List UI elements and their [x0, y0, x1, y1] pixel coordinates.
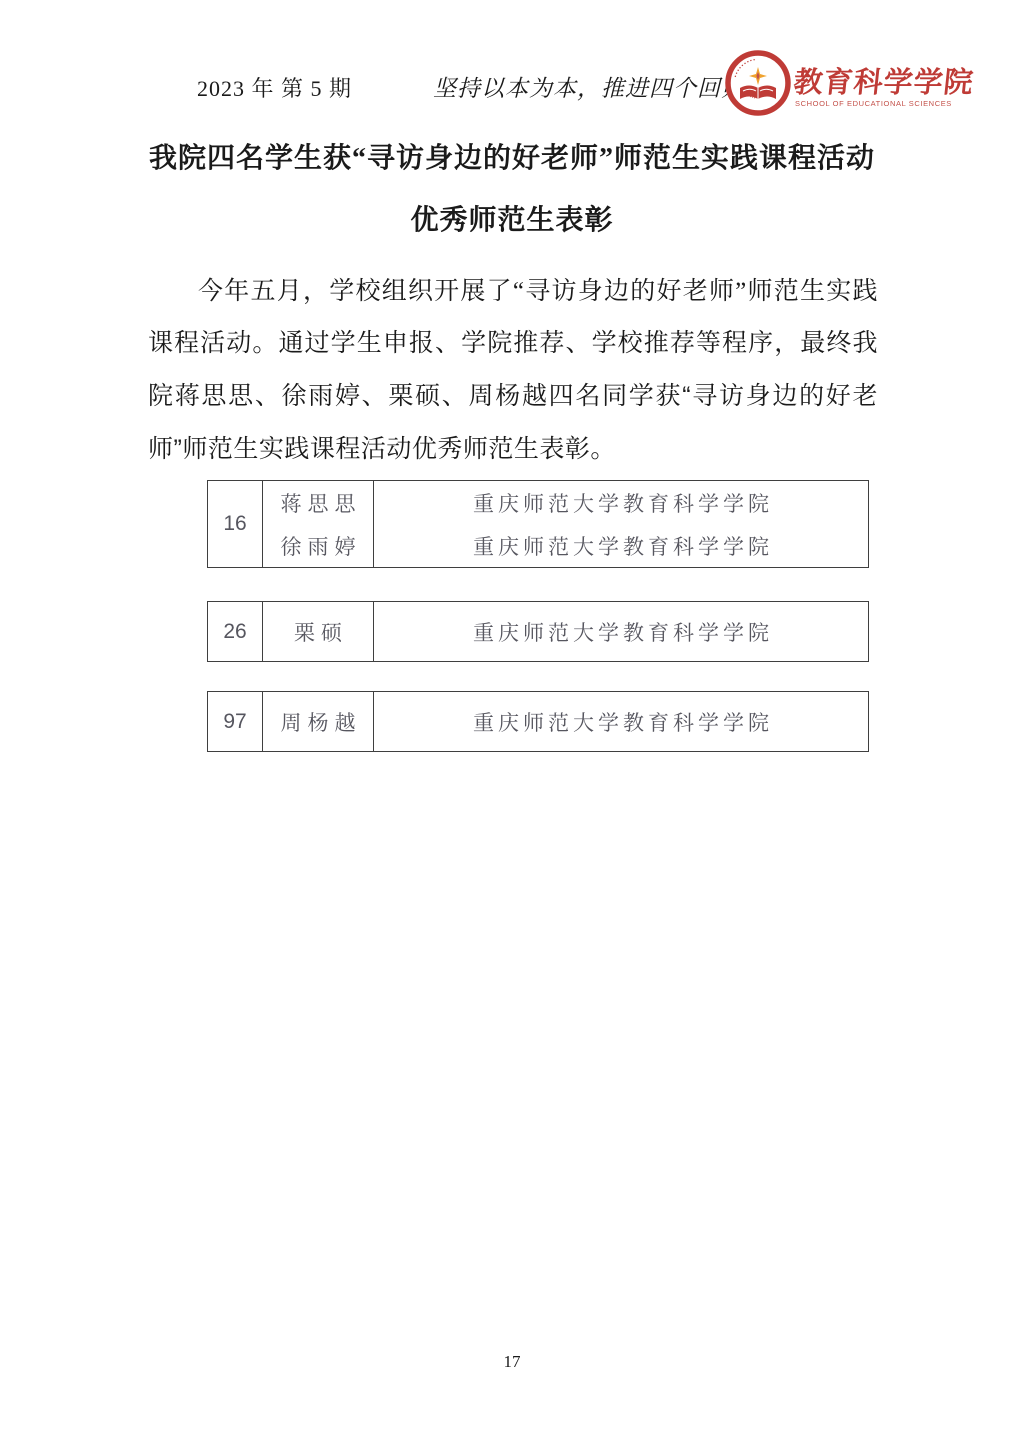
student-name: 周杨越: [275, 707, 362, 737]
student-name: 蒋思思: [275, 488, 362, 518]
award-number: 16: [223, 512, 246, 536]
article-title-line1: 我院四名学生获“寻访身边的好老师”师范生实践课程活动: [100, 136, 924, 176]
table-cell-names: 周杨越: [263, 692, 374, 751]
student-name: 徐雨婷: [275, 531, 362, 561]
school-seal-icon: ▪ ▪ ▪ ▪ ▪ ▪ ▪ ▪ ▪ ▪ ▪ ▪ ▪ ▪ ▪ ▪: [725, 50, 791, 116]
document-page: 2023 年 第 5 期 坚持以本为本，推进四个回归 ▪ ▪ ▪ ▪ ▪ ▪ ▪…: [0, 0, 1024, 1448]
award-number: 26: [223, 620, 246, 644]
issue-label: 2023 年 第 5 期: [197, 72, 352, 103]
table-cell-institution: 重庆师范大学教育科学学院 重庆师范大学教育科学学院: [374, 481, 868, 567]
table-cell-institution: 重庆师范大学教育科学学院: [374, 692, 868, 751]
table-cell-names: 栗硕: [263, 602, 374, 661]
school-name-cn: 教育科学学院: [792, 60, 976, 101]
institution-name: 重庆师范大学教育科学学院: [469, 531, 773, 561]
award-table-2: 26 栗硕 重庆师范大学教育科学学院: [207, 601, 869, 662]
institution-name: 重庆师范大学教育科学学院: [469, 488, 773, 518]
table-cell-number: 16: [208, 481, 263, 567]
institution-name: 重庆师范大学教育科学学院: [469, 707, 773, 737]
body-paragraph: 今年五月，学校组织开展了“寻访身边的好老师”师范生实践课程活动。通过学生申报、学…: [148, 266, 878, 476]
article-title-line2: 优秀师范生表彰: [100, 198, 924, 238]
table-cell-names: 蒋思思 徐雨婷: [263, 481, 374, 567]
table-cell-number: 97: [208, 692, 263, 751]
table-cell-number: 26: [208, 602, 263, 661]
table-cell-institution: 重庆师范大学教育科学学院: [374, 602, 868, 661]
student-name: 栗硕: [288, 617, 348, 647]
school-name-en: SCHOOL OF EDUCATIONAL SCIENCES: [795, 99, 952, 108]
motto-text: 坚持以本为本，推进四个回归: [433, 70, 745, 103]
institution-name: 重庆师范大学教育科学学院: [469, 617, 773, 647]
page-number: 17: [0, 1352, 1024, 1372]
award-number: 97: [223, 710, 246, 734]
award-table-1: 16 蒋思思 徐雨婷 重庆师范大学教育科学学院 重庆师范大学教育科学学院: [207, 480, 869, 568]
award-table-3: 97 周杨越 重庆师范大学教育科学学院: [207, 691, 869, 752]
